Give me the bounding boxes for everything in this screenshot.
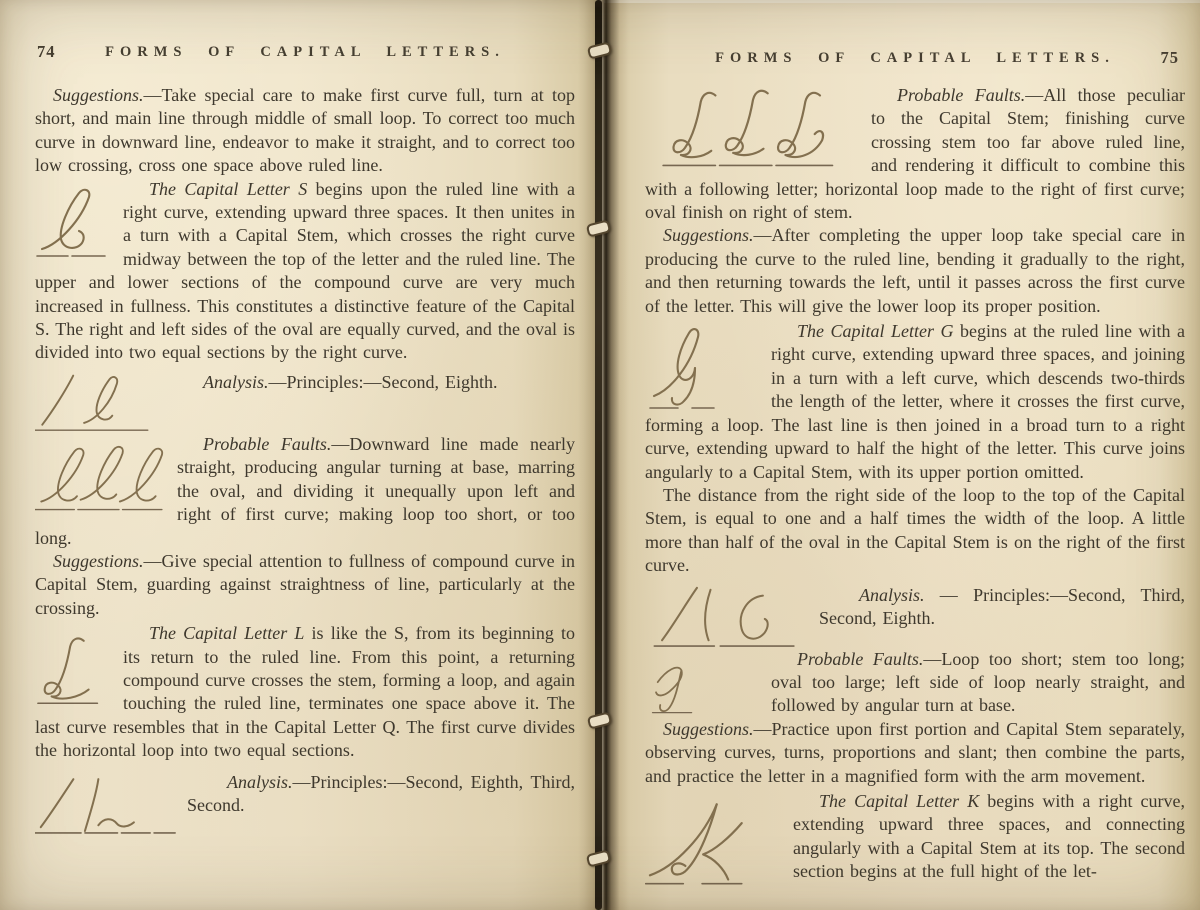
- paragraph-analysis-l: Analysis.—Principles:—Second, Eighth, Th…: [35, 771, 575, 818]
- page-header-right: FORMS OF CAPITAL LETTERS. 75: [645, 50, 1185, 72]
- paragraph-lead: Suggestions.: [663, 225, 754, 245]
- paragraph-lead: Probable Faults.: [897, 85, 1025, 105]
- paragraph-capital-s: The Capital Letter S begins upon the rul…: [35, 178, 575, 365]
- running-head: FORMS OF CAPITAL LETTERS.: [105, 44, 505, 61]
- paragraph-text: —Principles:—Second, Eighth.: [269, 372, 498, 392]
- page-right: FORMS OF CAPITAL LETTERS. 75 Probable Fa…: [604, 0, 1200, 910]
- analysis-g-strokes-illustration: [645, 584, 819, 648]
- g-fault-illustration: [645, 648, 771, 714]
- paragraph-capital-g-continued: The distance from the right side of the …: [645, 484, 1185, 578]
- paragraph-suggestions: Suggestions.—Give special attention to f…: [35, 550, 575, 620]
- script-letter-s-illustration: [35, 178, 123, 270]
- page-number: 74: [37, 42, 56, 62]
- text-column-left: Suggestions.—Take special care to make f…: [35, 84, 575, 817]
- book-scan: 74 FORMS OF CAPITAL LETTERS. Suggestions…: [0, 0, 1200, 910]
- page-edge-highlight: [604, 0, 1200, 3]
- paragraph-lead: Suggestions.: [663, 719, 754, 739]
- paragraph-suggestions: Suggestions.—After completing the upper …: [645, 224, 1185, 318]
- paragraph-analysis-s: Analysis.—Principles:—Second, Eighth.: [35, 371, 575, 394]
- paragraph-lead: The Capital Letter L: [149, 623, 304, 643]
- paragraph-faults-l: Probable Faults.—All those peculiar to t…: [645, 84, 1185, 224]
- running-head: FORMS OF CAPITAL LETTERS.: [715, 50, 1115, 67]
- binding-spine: [595, 0, 602, 910]
- l-faults-illustration: [645, 84, 871, 176]
- paragraph-lead: The Capital Letter S: [149, 179, 307, 199]
- page-number: 75: [1161, 48, 1180, 68]
- paragraph-faults-g: Probable Faults.—Loop too short; stem to…: [645, 648, 1185, 718]
- paragraph-faults-s: Probable Faults.—Downward line made near…: [35, 433, 575, 550]
- text-column-right: Probable Faults.—All those peculiar to t…: [645, 84, 1185, 884]
- page-left: 74 FORMS OF CAPITAL LETTERS. Suggestions…: [0, 0, 596, 910]
- paragraph-capital-g: The Capital Letter G begins at the ruled…: [645, 320, 1185, 484]
- paragraph-lead: Probable Faults.: [797, 649, 923, 669]
- s-faults-illustration: [35, 433, 177, 525]
- paragraph-suggestions: Suggestions.—Take special care to make f…: [35, 84, 575, 178]
- script-letter-l-illustration: [35, 622, 123, 714]
- analysis-s-strokes-illustration: [35, 371, 163, 433]
- paragraph-lead: The Capital Letter G: [797, 321, 954, 341]
- paragraph-lead: Probable Faults.: [203, 434, 331, 454]
- paragraph-lead: Analysis.: [203, 372, 269, 392]
- script-letter-g-illustration: [645, 320, 771, 412]
- analysis-l-strokes-illustration: [35, 771, 187, 843]
- paragraph-lead: The Capital Letter K: [819, 791, 979, 811]
- paragraph-lead: Suggestions.: [53, 85, 144, 105]
- script-letter-k-illustration: [645, 790, 793, 882]
- paragraph-analysis-g: Analysis. — Principles:—Second, Third, S…: [645, 584, 1185, 631]
- paragraph-lead: Suggestions.: [53, 551, 144, 571]
- paragraph-capital-k: The Capital Letter K begins with a right…: [645, 790, 1185, 884]
- paragraph-suggestions: Suggestions.—Practice upon first portion…: [645, 718, 1185, 788]
- paragraph-capital-l: The Capital Letter L is like the S, from…: [35, 622, 575, 762]
- page-header-left: 74 FORMS OF CAPITAL LETTERS.: [35, 44, 575, 66]
- paragraph-text: The distance from the right side of the …: [645, 485, 1185, 575]
- paragraph-lead: Analysis.: [859, 585, 925, 605]
- paragraph-lead: Analysis.: [227, 772, 293, 792]
